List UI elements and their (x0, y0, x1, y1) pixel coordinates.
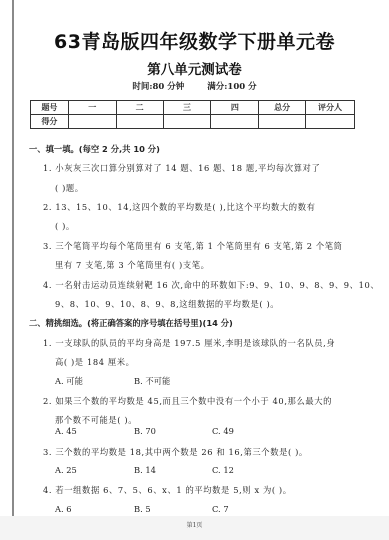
s2-q3-option-c: C. 12 (212, 465, 234, 475)
score-header-cell: 一 (68, 101, 116, 115)
s1-q3-line1: 3. 三个笔筒平均每个笔筒里有 6 支笔,第 1 个笔筒里有 6 支笔,第 2 … (43, 240, 343, 252)
s2-q2-option-a: A. 45 (55, 426, 77, 436)
score-table-header-row: 题号 一 二 三 四 总分 评分人 (31, 101, 355, 115)
s1-q4-line1: 4. 一名射击运动员连续射靶 16 次,命中的环数如下:9、9、10、9、8、9… (43, 279, 379, 291)
exam-full-score: 满分:100 分 (207, 82, 256, 92)
s2-q3-line1: 3. 三个数的平均数是 18,其中两个数是 26 和 16,第三个数是( )。 (43, 446, 308, 458)
score-header-cell: 四 (211, 101, 259, 115)
s2-q1-line2: 高( )是 184 厘米。 (55, 356, 135, 368)
score-header-cell: 题号 (31, 101, 69, 115)
score-cell (306, 115, 355, 129)
s2-q1-option-a: A. 可能 (55, 375, 83, 387)
s2-q3-option-a: A. 25 (55, 465, 77, 475)
score-cell (211, 115, 259, 129)
s2-q1-line1: 1. 一支球队的队员的平均身高是 197.5 厘米,李明是该球队的一名队员,身 (43, 337, 335, 349)
score-header-cell: 总分 (259, 101, 306, 115)
score-cell (68, 115, 116, 129)
score-row-label: 得分 (31, 115, 69, 129)
document-subtitle: 第八单元测试卷 (0, 58, 389, 78)
document-title: 63青岛版四年级数学下册单元卷 (0, 27, 389, 54)
s2-q2-line1: 2. 如果三个数的平均数是 45,而且三个数中没有一个小于 40,那么最大的 (43, 395, 332, 407)
s1-q2-line1: 2. 13、15、10、14,这四个数的平均数是( ),比这个平均数大的数有 (43, 201, 316, 213)
s2-q4-option-b: B. 5 (134, 504, 151, 514)
exam-meta: 时间:80 分钟 满分:100 分 (0, 80, 389, 92)
score-table: 题号 一 二 三 四 总分 评分人 得分 (30, 100, 355, 129)
s2-q1-option-b: B. 不可能 (134, 375, 170, 387)
score-header-cell: 三 (163, 101, 211, 115)
s1-q4-line2: 9、8、10、9、10、8、9、8,这组数据的平均数是( )。 (55, 298, 279, 310)
s1-q3-line2: 里有 7 支笔,第 3 个笔筒里有( )支笔。 (55, 259, 210, 271)
page-number: 第1页 (0, 520, 389, 529)
score-header-cell: 评分人 (306, 101, 355, 115)
exam-page: 63青岛版四年级数学下册单元卷 第八单元测试卷 时间:80 分钟 满分:100 … (0, 0, 389, 516)
score-cell (163, 115, 211, 129)
s1-q1-line1: 1. 小灰灰三次口算分别算对了 14 题、16 题、18 题,平均每次算对了 (43, 162, 320, 174)
score-cell (116, 115, 163, 129)
s2-q4-option-c: C. 7 (212, 504, 229, 514)
score-header-cell: 二 (116, 101, 163, 115)
s2-q4-option-a: A. 6 (55, 504, 72, 514)
section-1-heading: 一、填一填。(每空 2 分,共 10 分) (29, 143, 160, 155)
s1-q2-line2: ( )。 (55, 220, 75, 232)
score-cell (259, 115, 306, 129)
s2-q2-line2: 那个数不可能是( )。 (55, 414, 137, 426)
s2-q2-option-b: B. 70 (134, 426, 156, 436)
s2-q4-line1: 4. 若一组数据 6、7、5、6、x、1 的平均数是 5,则 x 为( )。 (43, 484, 292, 496)
s2-q2-option-c: C. 49 (212, 426, 234, 436)
s2-q3-option-b: B. 14 (134, 465, 156, 475)
exam-time: 时间:80 分钟 (132, 82, 184, 92)
s1-q1-line2: ( )题。 (55, 182, 84, 194)
section-2-heading: 二、精挑细选。(将正确答案的序号填在括号里)(14 分) (29, 317, 233, 329)
score-table-score-row: 得分 (31, 115, 355, 129)
